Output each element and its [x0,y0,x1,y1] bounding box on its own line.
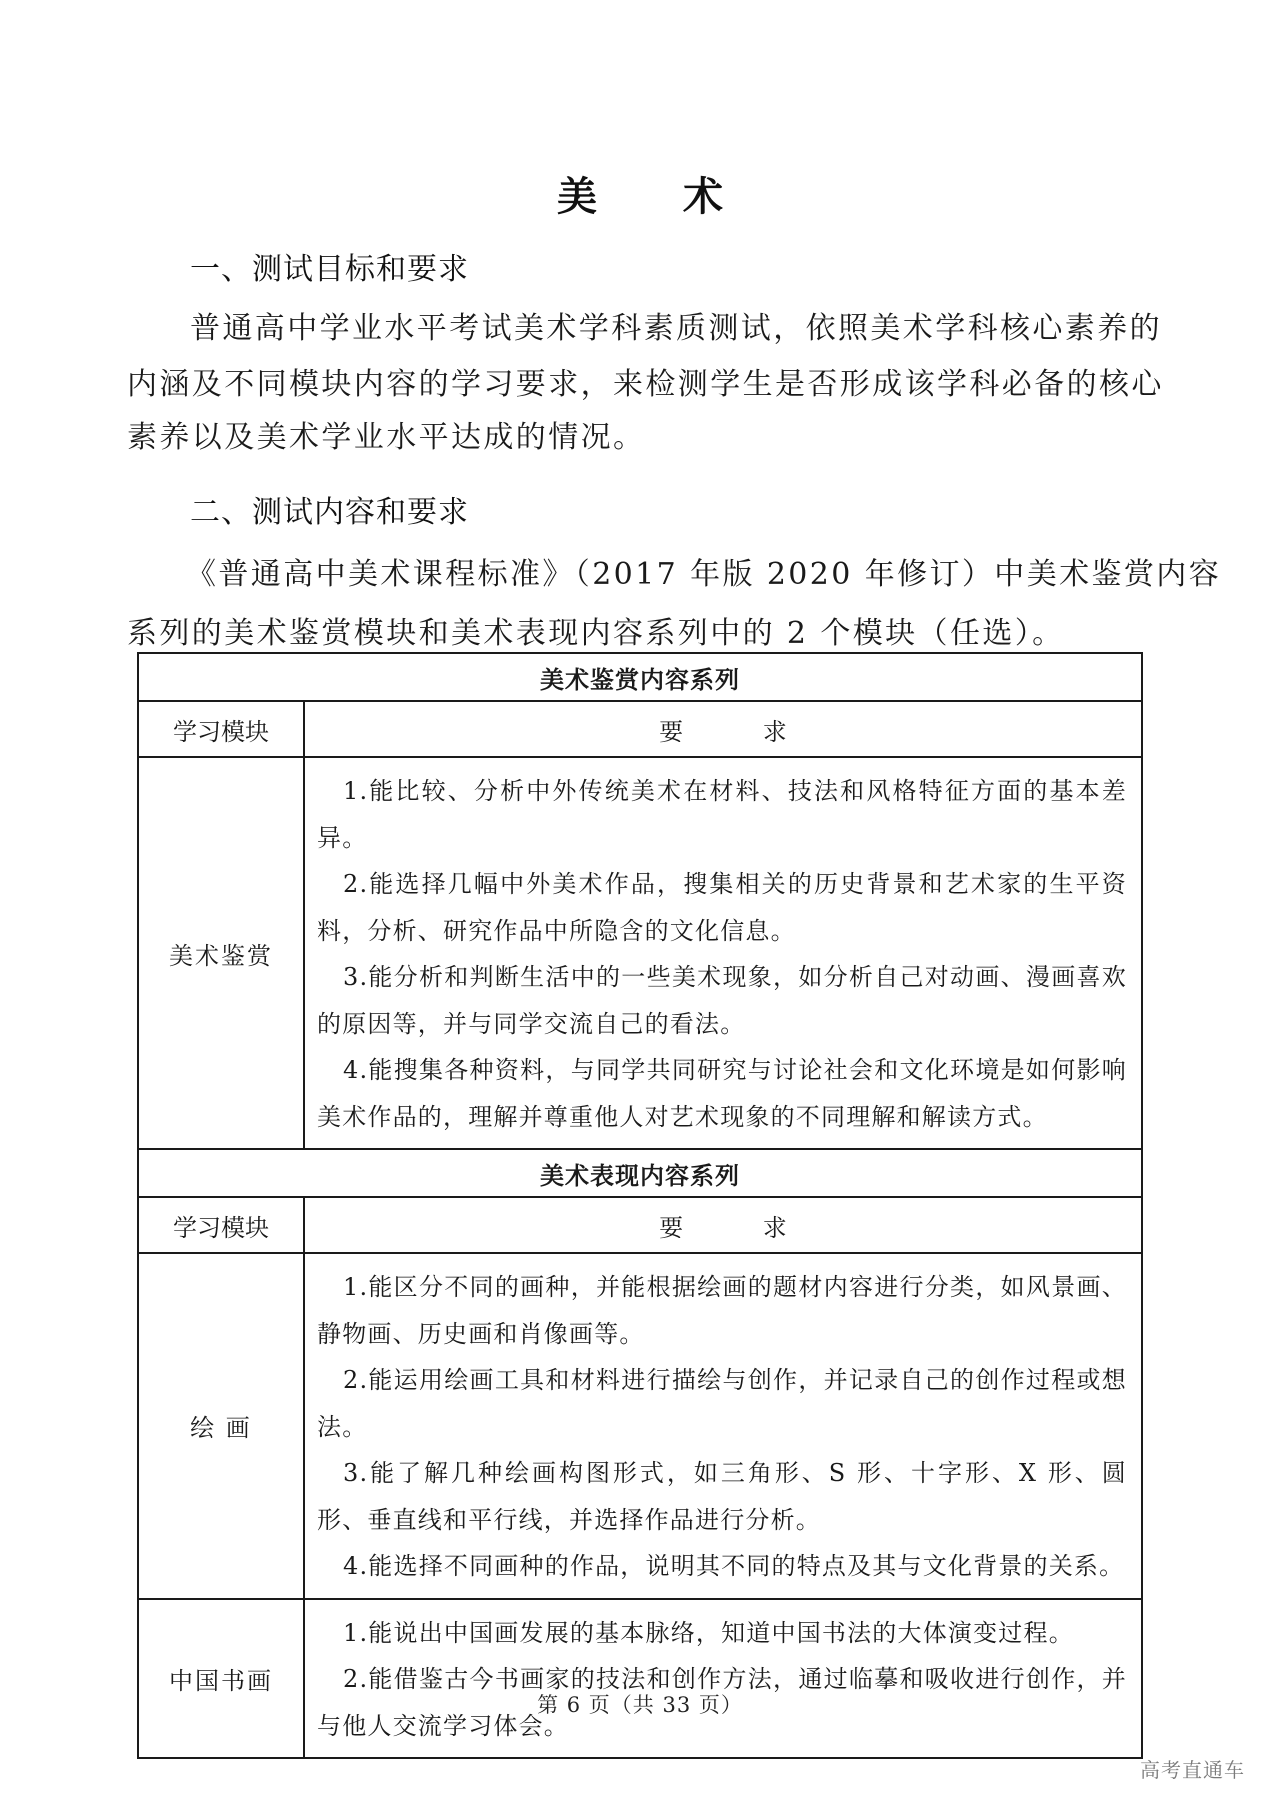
table-row-art-appreciation: 美术鉴赏 1.能比较、分析中外传统美术在材料、技法和风格特征方面的基本差异。 2… [138,757,1142,1149]
paragraph-line: 系列的美术鉴赏模块和美术表现内容系列中的 2 个模块（任选）。 [127,614,1065,654]
requirement-item: 3.能了解几种绘画构图形式，如三角形、S 形、十字形、X 形、圆形、垂直线和平行… [317,1450,1127,1543]
requirement-item: 3.能分析和判断生活中的一些美术现象，如分析自己对动画、漫画喜欢的原因等，并与同… [317,954,1127,1047]
column-header-row: 学习模块 要 求 [138,1197,1142,1253]
module-name: 美术鉴赏 [138,757,304,1149]
requirement-item: 4.能搜集各种资料，与同学共同研究与讨论社会和文化环境是如何影响美术作品的，理解… [317,1047,1127,1140]
module-name: 绘 画 [138,1253,304,1599]
series-header-row: 美术鉴赏内容系列 [138,653,1142,701]
module-name: 中国书画 [138,1599,304,1759]
series-header-row: 美术表现内容系列 [138,1149,1142,1197]
section-heading-objectives: 一、测试目标和要求 [190,250,469,290]
requirement-item: 2.能选择几幅中外美术作品，搜集相关的历史背景和艺术家的生平资料，分析、研究作品… [317,861,1127,954]
table-row-chinese-calligraphy-painting: 中国书画 1.能说出中国画发展的基本脉络，知道中国书法的大体演变过程。 2.能借… [138,1599,1142,1759]
page-number: 第 6 页（共 33 页） [0,1690,1280,1720]
column-header-module: 学习模块 [138,701,304,757]
paragraph-line: 内涵及不同模块内容的学习要求，来检测学生是否形成该学科必备的核心 [127,365,1164,405]
requirement-item: 1.能区分不同的画种，并能根据绘画的题材内容进行分类，如风景画、静物画、历史画和… [317,1264,1127,1357]
requirements-cell: 1.能区分不同的画种，并能根据绘画的题材内容进行分类，如风景画、静物画、历史画和… [304,1253,1142,1599]
requirements-table: 美术鉴赏内容系列 学习模块 要 求 美术鉴赏 1.能比较、分析中外传统美术在材料… [137,652,1143,1759]
requirements-cell: 1.能说出中国画发展的基本脉络，知道中国书法的大体演变过程。 2.能借鉴古今书画… [304,1599,1142,1759]
column-header-module: 学习模块 [138,1197,304,1253]
section-heading-content: 二、测试内容和要求 [190,493,469,533]
requirement-item: 4.能选择不同画种的作品，说明其不同的特点及其与文化背景的关系。 [317,1543,1127,1590]
watermark: 高考直通车 [1140,1756,1245,1784]
requirements-cell: 1.能比较、分析中外传统美术在材料、技法和风格特征方面的基本差异。 2.能选择几… [304,757,1142,1149]
document-title: 美 术 [0,172,1280,222]
requirement-item: 1.能比较、分析中外传统美术在材料、技法和风格特征方面的基本差异。 [317,768,1127,861]
requirement-item: 1.能说出中国画发展的基本脉络，知道中国书法的大体演变过程。 [317,1610,1127,1657]
column-header-requirements: 要 求 [304,1197,1142,1253]
series-title-expression: 美术表现内容系列 [138,1149,1142,1197]
series-title-appreciation: 美术鉴赏内容系列 [138,653,1142,701]
paragraph-line: 《普通高中美术课程标准》（2017 年版 2020 年修订）中美术鉴赏内容 [186,555,1221,595]
column-header-row: 学习模块 要 求 [138,701,1142,757]
paragraph-line: 普通高中学业水平考试美术学科素质测试，依照美术学科核心素养的 [190,309,1162,349]
column-header-requirements: 要 求 [304,701,1142,757]
table-row-painting: 绘 画 1.能区分不同的画种，并能根据绘画的题材内容进行分类，如风景画、静物画、… [138,1253,1142,1599]
requirement-item: 2.能运用绘画工具和材料进行描绘与创作，并记录自己的创作过程或想法。 [317,1357,1127,1450]
paragraph-line: 素养以及美术学业水平达成的情况。 [127,418,645,458]
